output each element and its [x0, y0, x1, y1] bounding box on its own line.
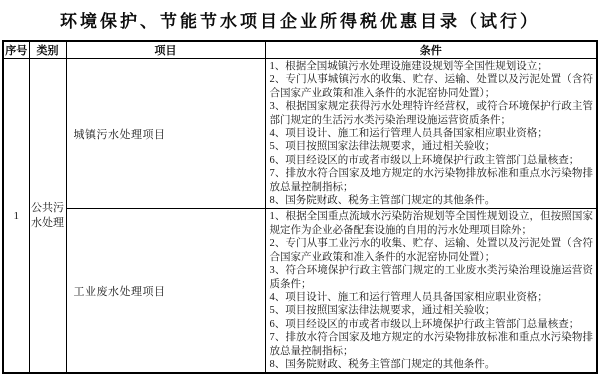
conditions-cell-urban-sewage-treatment: 1、根据全国城镇污水处理设施建设规划等全国性规划设立； 2、专门从事城镇污水的收…: [265, 59, 597, 209]
document-page: 环境保护、节能节水项目企业所得税优惠目录（试行） 序号 类别 项目 条件 1 公…: [0, 0, 600, 377]
conditions-cell-industrial-wastewater-treatment: 1、根据全国重点流域水污染防治规划等全国性规划设立，但按照国家规定作为企业必备配…: [265, 209, 597, 373]
project-cell-urban-sewage-treatment: 城镇污水处理项目: [66, 59, 265, 209]
document-title: 环境保护、节能节水项目企业所得税优惠目录（试行）: [0, 0, 600, 38]
table-row-urban-sewage: 1 公共污水处理 城镇污水处理项目 1、根据全国城镇污水处理设施建设规划等全国性…: [3, 59, 597, 209]
header-category: 类别: [29, 41, 66, 59]
category-cell-public-sewage-treatment: 公共污水处理: [29, 59, 66, 374]
serial-number-cell: 1: [3, 59, 29, 374]
header-row: 序号 类别 项目 条件: [3, 41, 597, 59]
header-project: 项目: [66, 41, 265, 59]
project-cell-industrial-wastewater-treatment: 工业废水处理项目: [66, 209, 265, 373]
header-condition: 条件: [265, 41, 597, 59]
catalog-table: 序号 类别 项目 条件 1 公共污水处理 城镇污水处理项目 1、根据全国城镇污水…: [2, 40, 598, 374]
table-row-industrial-wastewater: 工业废水处理项目 1、根据全国重点流域水污染防治规划等全国性规划设立，但按照国家…: [3, 209, 597, 373]
header-serial-number: 序号: [3, 41, 29, 59]
